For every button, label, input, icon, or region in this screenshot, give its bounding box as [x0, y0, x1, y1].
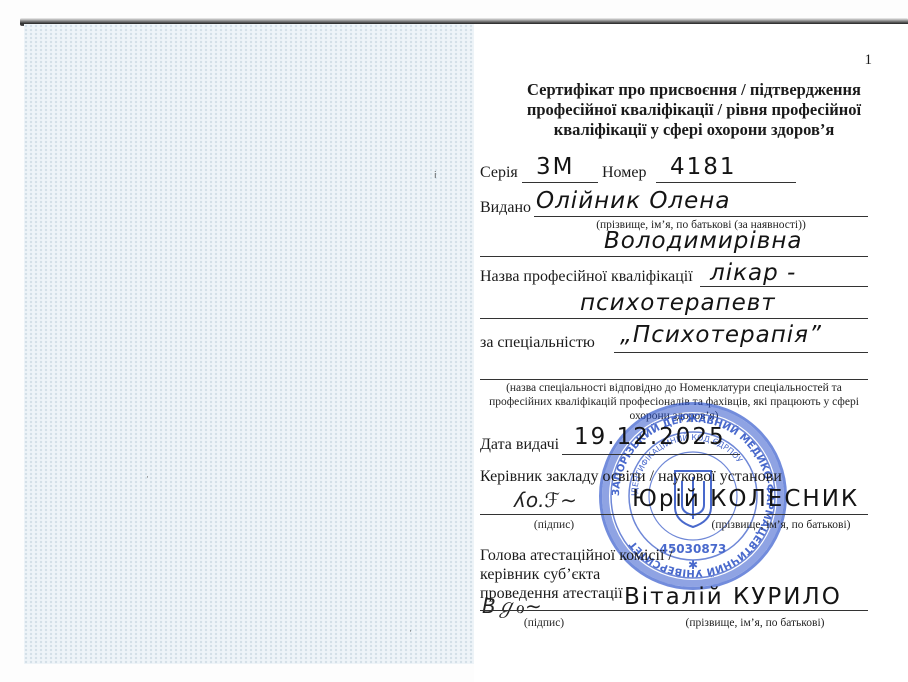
commission-head-signature: Вℊℴ∼ — [482, 590, 542, 619]
commission-signature-caption: (підпис) — [504, 616, 584, 630]
speck-mark: · — [409, 626, 412, 636]
specialty-underline-2 — [480, 379, 868, 380]
qualification-value-1: лікар - — [710, 260, 796, 286]
number-label: Номер — [602, 164, 646, 182]
series-underline — [522, 182, 598, 183]
qualification-underline — [700, 286, 868, 287]
speck-mark: · — [146, 472, 149, 482]
series-label: Серія — [480, 164, 518, 182]
commission-name-caption: (прізвище, ім’я, по батькові) — [670, 616, 840, 630]
certificate-page: 1 Сертифікат про присвоєння / підтвердже… — [474, 24, 908, 682]
commission-head-name: Віталій КУРИЛО — [624, 584, 842, 610]
title-line: професійної кваліфікації / рівня професі… — [484, 100, 904, 120]
head-institution-label: Керівник закладу освіти / наукової устан… — [480, 468, 782, 486]
issue-date-value: 19.12.2025 — [574, 424, 726, 450]
head-name-caption: (прізвище, ім’я, по батькові) — [696, 518, 866, 532]
issued-to-underline-2 — [480, 256, 868, 257]
caption-line: (назва спеціальності відповідно до Номен… — [474, 381, 874, 395]
issued-to-value-1: Олійник Олена — [536, 188, 730, 214]
issued-to-value-2: Володимирівна — [604, 228, 802, 254]
specialty-underline — [614, 352, 868, 353]
stamp-star-icon: ✱ — [688, 558, 698, 572]
specialty-value: „Психотерапія” — [620, 322, 822, 348]
qualification-underline-2 — [480, 318, 868, 319]
page-number: 1 — [865, 52, 873, 69]
certificate-title: Сертифікат про присвоєння / підтвердженн… — [484, 80, 904, 140]
number-underline — [656, 182, 796, 183]
label-line: керівник суб’єкта — [480, 565, 673, 584]
head-institution-signature: ʎo.ℱ∼ — [514, 488, 577, 512]
head-signature-caption: (підпис) — [514, 518, 594, 532]
title-line: кваліфікації у сфері охорони здоров’я — [484, 120, 904, 140]
title-line: Сертифікат про присвоєння / підтвердженн… — [484, 80, 904, 100]
series-value: 3М — [536, 154, 574, 180]
speck-mark: ⅰ — [434, 170, 437, 181]
head-institution-name: Юрій КОЛЕСНИК — [632, 486, 859, 512]
specialty-label: за спеціальністю — [480, 334, 595, 352]
commission-head-underline — [480, 610, 868, 611]
issue-date-underline — [562, 454, 740, 455]
qualification-value-2: психотерапевт — [580, 290, 776, 316]
label-line: Голова атестаційної комісії / — [480, 546, 673, 565]
number-value: 4181 — [670, 154, 737, 180]
issue-date-label: Дата видачі — [480, 436, 559, 454]
issued-to-underline — [534, 216, 868, 217]
left-page-blank: ⅰ · · — [24, 24, 476, 664]
issued-to-label: Видано — [480, 199, 531, 217]
qualification-label: Назва професійної кваліфікації — [480, 268, 693, 286]
head-institution-underline — [480, 514, 868, 515]
